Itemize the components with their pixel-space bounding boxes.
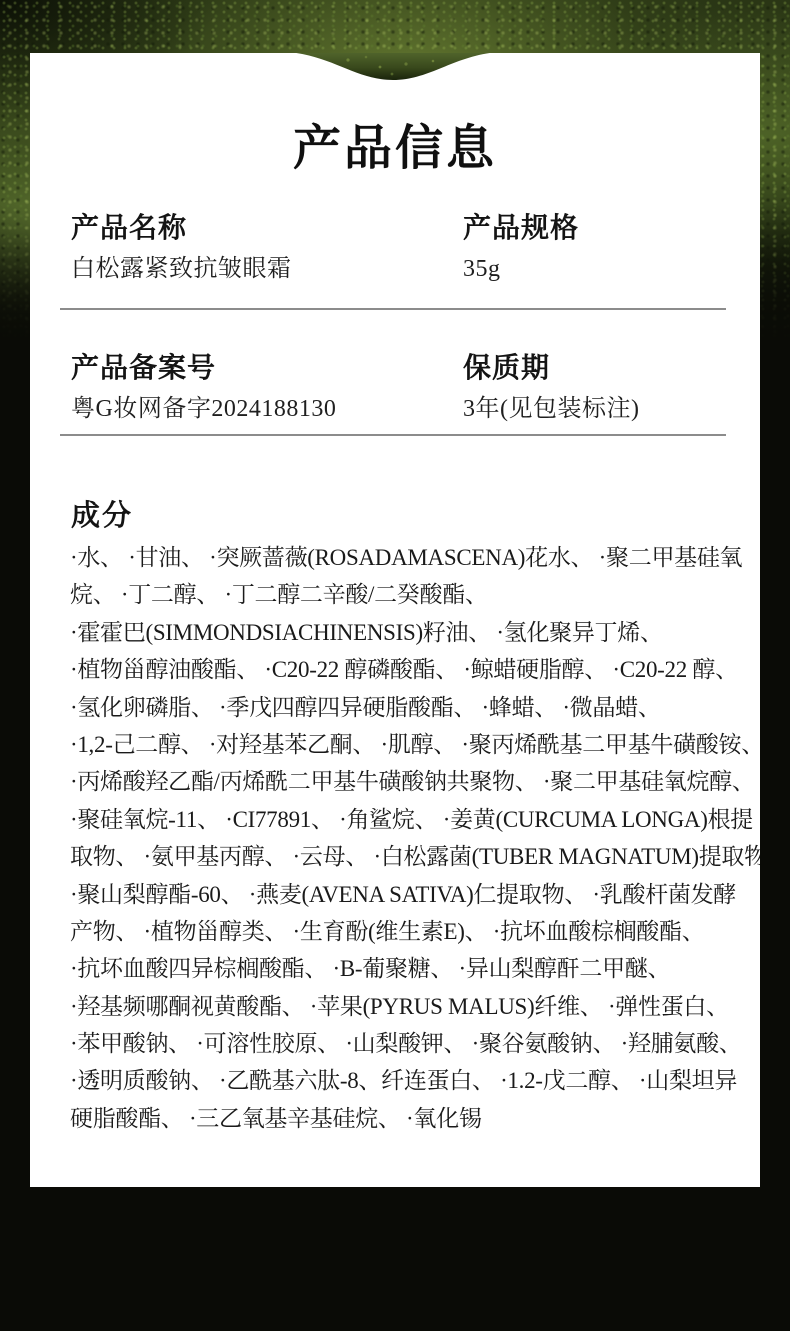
ingredient-line: ·聚硅氧烷-11、 ·CI77891、 ·角鲨烷、 ·姜黄(CURCUMA LO… [70,801,760,838]
ingredient-line: ·霍霍巴(SIMMONDSIACHINENSIS)籽油、 ·氢化聚异丁烯、 [70,614,760,651]
ingredient-line: ·透明质酸钠、 ·乙酰基六肽-8、纤连蛋白、 ·1.2-戊二醇、 ·山梨坦异 [70,1062,760,1099]
ingredients-list: ·水、 ·甘油、 ·突厥蔷薇(ROSADAMASCENA)花水、 ·聚二甲基硅氧… [70,539,760,1137]
product-spec-value: 35g [463,255,501,284]
ingredient-line: ·羟基频哪酮视黄酸酯、 ·苹果(PYRUS MALUS)纤维、 ·弹性蛋白、 [70,988,760,1025]
shelf-life-label: 保质期 [463,352,550,386]
page-title: 产品信息 [30,123,760,176]
ingredient-line: ·苯甲酸钠、 ·可溶性胶原、 ·山梨酸钾、 ·聚谷氨酸钠、 ·羟脯氨酸、 [70,1025,760,1062]
ingredient-line: 取物、 ·氨甲基丙醇、 ·云母、 ·白松露菌(TUBER MAGNATUM)提取… [70,838,760,875]
product-info-card: 产品信息 产品名称 白松露紧致抗皱眼霜 产品规格 35g 产品备案号 粤G妆网备… [30,53,760,1187]
ingredient-line: ·植物甾醇油酸酯、 ·C20-22 醇磷酸酯、 ·鲸蜡硬脂醇、 ·C20-22 … [70,651,760,688]
ingredient-line: ·氢化卵磷脂、 ·季戊四醇四异硬脂酸酯、 ·蜂蜡、 ·微晶蜡、 [70,689,760,726]
shelf-life-value: 3年(见包装标注) [463,395,639,424]
registration-number-value: 粤G妆网备字2024188130 [71,395,336,424]
product-spec-label: 产品规格 [463,212,579,246]
ingredients-heading: 成分 [71,499,133,534]
ingredient-line: 产物、 ·植物甾醇类、 ·生育酚(维生素E)、 ·抗坏血酸棕榈酸酯、 [70,913,760,950]
ingredient-line: ·水、 ·甘油、 ·突厥蔷薇(ROSADAMASCENA)花水、 ·聚二甲基硅氧 [70,539,760,576]
ingredient-line: 烷、 ·丁二醇、 ·丁二醇二辛酸/二癸酸酯、 [70,576,760,613]
product-name-value: 白松露紧致抗皱眼霜 [71,255,292,284]
ingredient-line: ·抗坏血酸四异棕榈酸酯、 ·B-葡聚糖、 ·异山梨醇酐二甲醚、 [70,950,760,987]
product-detail-page: 产品信息 产品名称 白松露紧致抗皱眼霜 产品规格 35g 产品备案号 粤G妆网备… [0,0,790,1331]
product-name-label: 产品名称 [71,212,187,246]
ingredient-line: ·丙烯酸羟乙酯/丙烯酰二甲基牛磺酸钠共聚物、 ·聚二甲基硅氧烷醇、 [70,763,760,800]
divider-line-1 [60,308,726,310]
ingredient-line: ·1,2-己二醇、 ·对羟基苯乙酮、 ·肌醇、 ·聚丙烯酰基二甲基牛磺酸铵、 [70,726,760,763]
ingredient-line: 硬脂酸酯、 ·三乙氧基辛基硅烷、 ·氧化锡 [70,1100,760,1137]
divider-line-2 [60,434,726,436]
moss-notch-decoration [288,53,498,81]
ingredient-line: ·聚山梨醇酯-60、 ·燕麦(AVENA SATIVA)仁提取物、 ·乳酸杆菌发… [70,876,760,913]
registration-number-label: 产品备案号 [71,352,216,386]
